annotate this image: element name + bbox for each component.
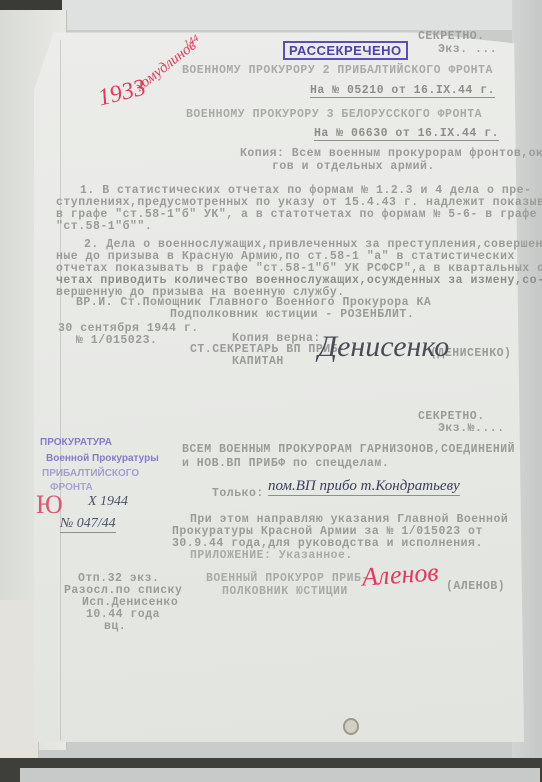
punch-hole: [343, 718, 359, 735]
copy-to-line2: гов и отдельных армий.: [272, 160, 435, 173]
signer-line2: Подполковник юстиции - РОЗЕНБЛИТ.: [170, 308, 414, 321]
classification-top: СЕКРЕТНО.: [418, 30, 485, 43]
incoming-stamp-line3: ПРИБАЛТИЙСКОГО: [42, 468, 139, 479]
footer-signer-line1: ВОЕННЫЙ ПРОКУРОР ПРИБ-: [206, 572, 369, 585]
signature-red: Аленов: [361, 557, 439, 592]
declassified-stamp: РАССЕКРЕЧЕНО: [283, 41, 408, 60]
reference-1: На № 05210 от 16.IX.44 г.: [310, 84, 495, 98]
footer-signer-line2: ПОЛКОВНИК ЮСТИЦИИ: [222, 585, 348, 598]
reference-2: На № 06630 от 16.IX.44 г.: [314, 127, 499, 141]
only-handwritten: пом.ВП прибо т.Кондратьеву: [268, 478, 460, 496]
only-label: Только:: [212, 487, 264, 500]
forward-line4: ПРИЛОЖЕНИЕ: Указанное.: [190, 549, 353, 562]
background-top: [0, 0, 542, 30]
red-mark-text: Ю: [36, 490, 63, 519]
incoming-stamp-line1: ПРОКУРАТУРА: [40, 437, 112, 448]
addressee-3-line2: и НОВ.ВП ПРИБФ по спецделам.: [182, 457, 389, 470]
addressee-2: ВОЕННОМУ ПРОКУРОРУ 3 БЕЛОРУССКОГО ФРОНТА: [186, 108, 482, 121]
footer-signer-name: (АЛЕНОВ): [446, 580, 505, 593]
addressee-3-line1: ВСЕМ ВОЕННЫМ ПРОКУРОРАМ ГАРНИЗОНОВ,СОЕДИ…: [182, 443, 515, 456]
paper-fold: [60, 40, 61, 740]
incoming-number: № 047/44: [60, 516, 116, 533]
incoming-stamp-line2: Военной Прокуратуры: [46, 453, 159, 464]
underlying-page-lower: [0, 600, 39, 760]
incoming-date: X 1944: [88, 494, 128, 510]
background-bottom-strip: [20, 768, 540, 782]
copy-to-line1: Копия: Всем военным прокурорам фронтов,о…: [240, 147, 542, 160]
addressee-1: ВОЕННОМУ ПРОКУРОРУ 2 ПРИБАЛТИЙСКОГО ФРОН…: [182, 64, 493, 77]
copy-number-top: Экз. ...: [438, 43, 497, 56]
para1-line4: "ст.58-1"б"".: [56, 220, 152, 233]
footer-left-line5: вц.: [104, 620, 126, 633]
copy-number-2: Экз.№....: [438, 422, 505, 435]
secretary-line2: КАПИТАН: [232, 355, 284, 368]
signature-secretary: Денисенко: [318, 330, 449, 364]
document-number: № 1/015023.: [76, 334, 157, 347]
red-mark-letter: Ю: [36, 490, 63, 520]
